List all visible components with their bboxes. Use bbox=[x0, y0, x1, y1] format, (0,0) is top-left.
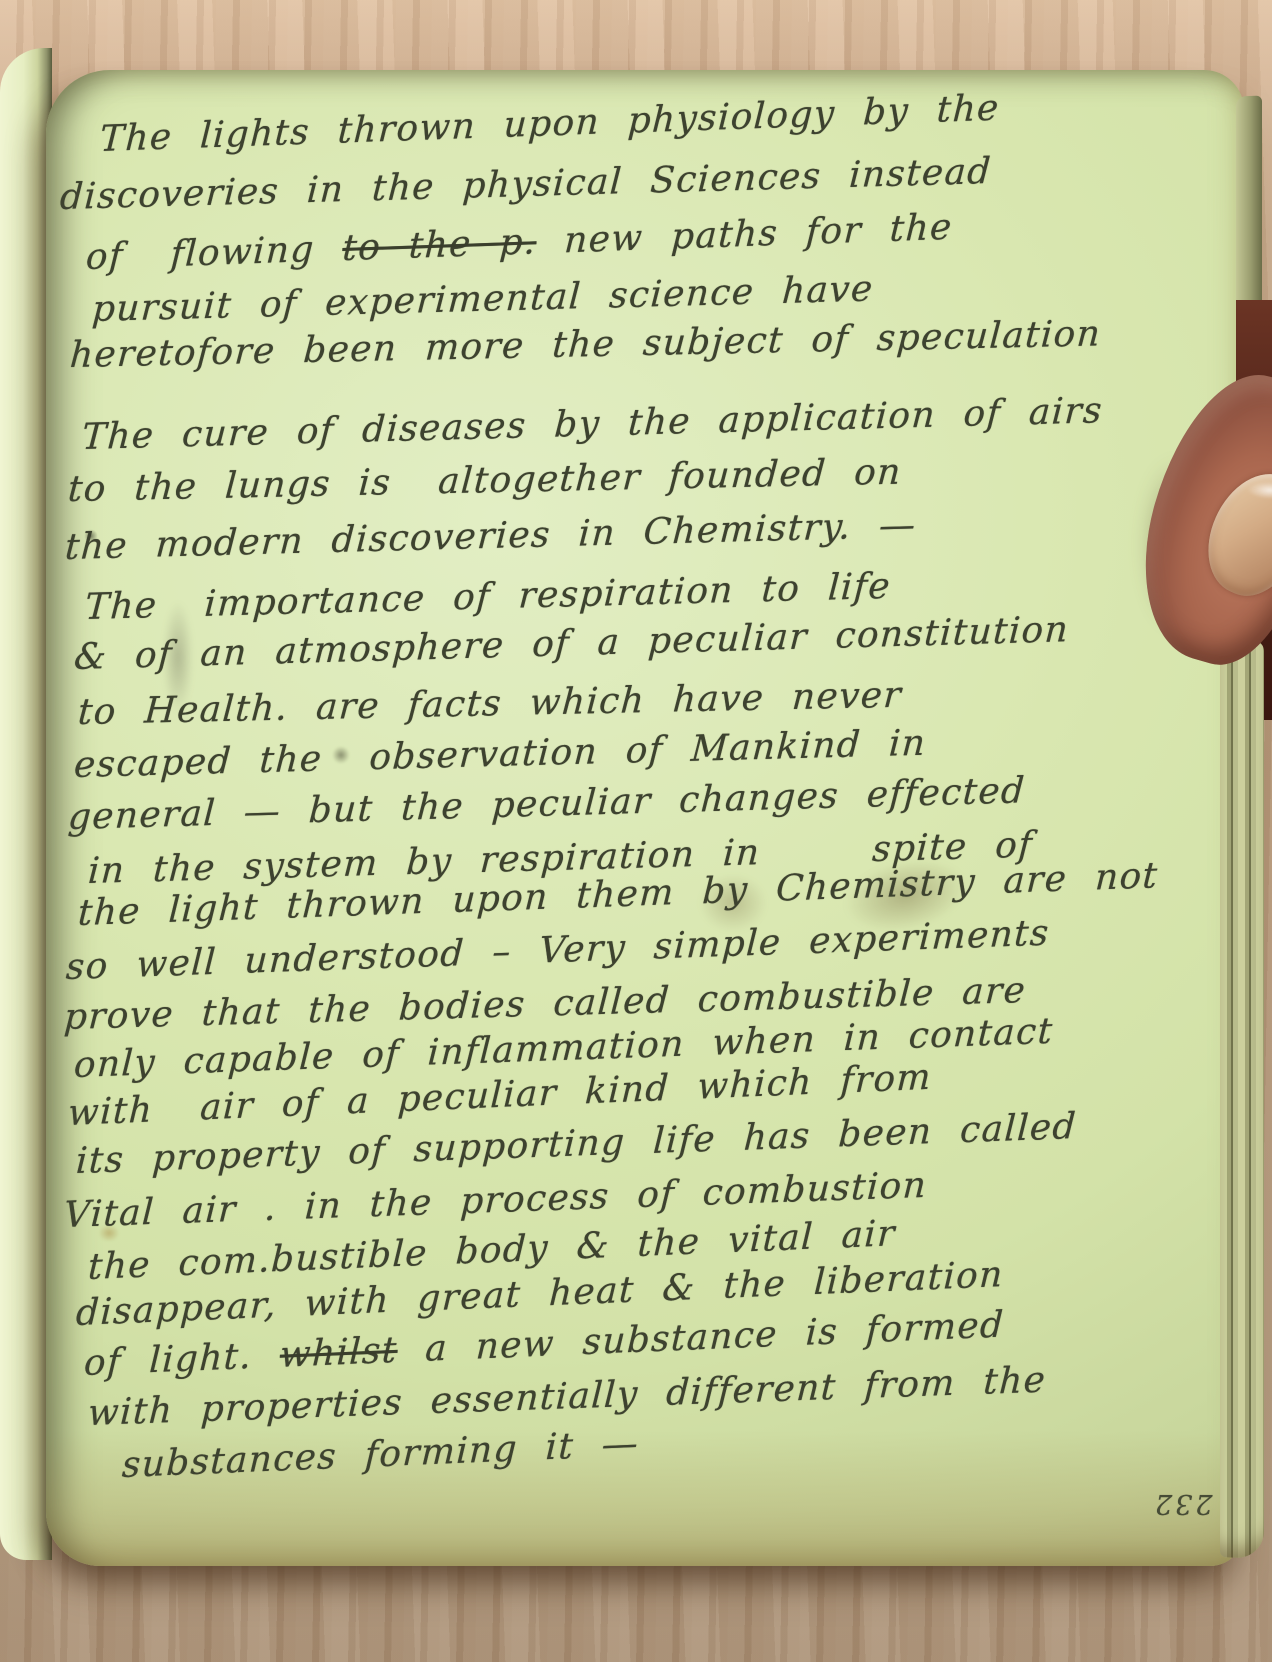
handwriting-line-13: general — but the peculiar changes effec… bbox=[67, 773, 1026, 836]
struck-text: whilst bbox=[279, 1330, 399, 1376]
handwriting-line-7: to the lungs is altogether founded on bbox=[67, 455, 903, 509]
handwritten-text: the modern discoveries in Chemistry. — bbox=[64, 505, 918, 568]
struck-text: to the p. bbox=[341, 221, 537, 269]
handwriting-line-2: discoveries in the physical Sciences ins… bbox=[59, 154, 993, 216]
handwritten-text: of flowing bbox=[85, 228, 344, 278]
handwriting-layer: The lights thrown upon physiology by the… bbox=[0, 0, 1272, 1662]
handwriting-line-26: substances forming it — bbox=[121, 1426, 640, 1484]
handwritten-text: substances forming it — bbox=[121, 1423, 640, 1486]
manuscript-photo-scene: The lights thrown upon physiology by the… bbox=[0, 0, 1272, 1662]
handwriting-line-6: The cure of diseases by the application … bbox=[81, 393, 1104, 456]
thumb-nail-shine bbox=[1241, 478, 1272, 502]
handwritten-text: new paths for the bbox=[535, 207, 953, 263]
handwritten-text: of light. bbox=[83, 1335, 281, 1384]
handwritten-text: discoveries in the physical Sciences ins… bbox=[59, 151, 993, 218]
handwritten-text: The lights thrown upon physiology by the bbox=[99, 88, 1001, 161]
page-number: 232 bbox=[1152, 1488, 1213, 1519]
handwriting-line-1: The lights thrown upon physiology by the bbox=[99, 91, 1000, 159]
handwritten-text: The cure of diseases by the application … bbox=[81, 390, 1104, 458]
handwriting-line-12: escaped the observation of Mankind in bbox=[73, 726, 927, 784]
handwritten-text: to Health. are facts which have never bbox=[77, 675, 904, 733]
handwriting-line-4: pursuit of experimental science have bbox=[91, 271, 875, 328]
handwritten-text: to the lungs is altogether founded on bbox=[67, 452, 903, 511]
handwriting-line-8: the modern discoveries in Chemistry. — bbox=[64, 508, 918, 566]
handwriting-line-3: of flowing to the p. new paths for the bbox=[85, 210, 953, 276]
handwriting-line-11: to Health. are facts which have never bbox=[77, 678, 903, 731]
